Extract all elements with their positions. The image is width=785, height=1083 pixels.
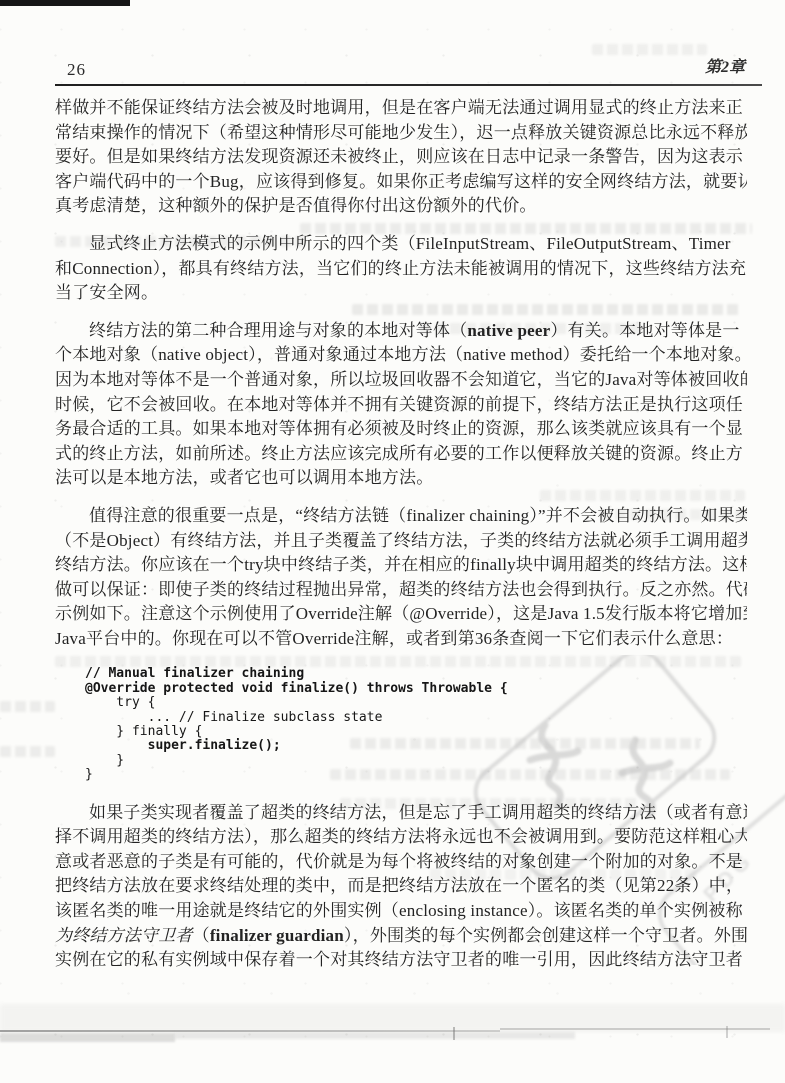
text-line: 和Connection），都具有终结方法，当它们的终止方法未能被调用的情况下，这… [55,257,747,282]
text-line: 择不调用超类的终结方法），那么超类的终结方法将永远也不会被调用到。要防范这样粗心… [55,825,747,850]
bleedthrough-artifact [0,701,55,712]
body-text: 样做并不能保证终结方法会被及时地调用，但是在客户端无法通过调用显式的终止方法来正… [55,96,747,973]
text-line: 客户端代码中的一个Bug，应该得到修复。如果你正考虑编写这样的安全网终结方法，就… [55,170,747,195]
text-line: 样做并不能保证终结方法会被及时地调用，但是在客户端无法通过调用显式的终止方法来正 [55,96,747,121]
code-line: @Override protected void finalize() thro… [85,682,747,696]
text-line: 实例在它的私有实例域中保存着一个对其终结方法守卫者的唯一引用，因此终结方法守卫者 [55,948,747,973]
scan-edge-artifact [453,1027,455,1040]
text-line: 终结方法的第二种合理用途与对象的本地对等体（native peer）有关。本地对… [55,319,747,344]
text-line: 示例如下。注意这个示例使用了Override注解（@Override），这是Ja… [55,602,747,627]
text-line: 因为本地对等体不是一个普通对象，所以垃圾回收器不会知道它，当它的Java对等体被… [55,368,747,393]
text-line: 如果子类实现者覆盖了超类的终结方法，但是忘了手工调用超类的终结方法（或者有意选 [55,801,747,826]
text-line: 务最合适的工具。如果本地对等体拥有必须被及时终止的资源，那么该类就应该具有一个显 [55,417,747,442]
text-line: 终结方法。你应该在一个try块中终结子类，并在相应的finally块中调用超类的… [55,553,747,578]
header-rule [55,84,762,86]
text-line: 做可以保证：即使子类的终结过程抛出异常，超类的终结方法也会得到执行。反之亦然。代… [55,578,747,603]
code-line: } [85,768,747,782]
page-number: 26 [67,60,86,80]
chapter-label: 第2章 [705,54,745,77]
text-line: 显式终止方法模式的示例中所示的四个类（FileInputStream、FileO… [55,232,747,257]
text-line: （不是Object）有终结方法，并且子类覆盖了终结方法，子类的终结方法就必须手工… [55,529,747,554]
code-block: // Manual finalizer chaining@Override pr… [85,667,747,782]
text-line: 法可以是本地方法，或者它也可以调用本地方法。 [55,466,747,491]
paragraph-group-top: 样做并不能保证终结方法会被及时地调用，但是在客户端无法通过调用显式的终止方法来正… [55,96,747,651]
code-line: super.finalize(); [85,739,747,753]
scan-edge-artifact [0,0,130,6]
paragraph: 终结方法的第二种合理用途与对象的本地对等体（native peer）有关。本地对… [55,319,747,491]
code-line: // Manual finalizer chaining [85,667,747,681]
text-line: 时候，它不会被回收。在本地对等体并不拥有关键资源的前提下，终结方法正是执行这项任 [55,393,747,418]
text-line: 为终结方法守卫者（finalizer guardian），外围类的每个实例都会创… [55,924,747,949]
scan-edge-artifact [175,1032,575,1039]
text-line: 值得注意的很重要一点是，“终结方法链（finalizer chaining）”并… [55,504,747,529]
text-line: 常结束操作的情况下（希望这种情形尽可能地少发生），迟一点释放关键资源总比永远不释… [55,121,747,146]
code-line: } finally { [85,725,747,739]
bleedthrough-artifact [0,746,55,757]
paragraph: 如果子类实现者覆盖了超类的终结方法，但是忘了手工调用超类的终结方法（或者有意选择… [55,801,747,973]
text-line: 式的终止方法，如前所述。终止方法应该完成所有必要的工作以便释放关键的资源。终止方 [55,442,747,467]
paragraph: 值得注意的很重要一点是，“终结方法链（finalizer chaining）”并… [55,504,747,652]
paragraph-group-bottom: 如果子类实现者覆盖了超类的终结方法，但是忘了手工调用超类的终结方法（或者有意选择… [55,801,747,973]
text-line: 真考虑清楚，这种额外的保护是否值得你付出这份额外的代价。 [55,194,747,219]
page-header: 26 第2章 [55,54,763,84]
text-line: 要好。但是如果终结方法发现资源还未被终止，则应该在日志中记录一条警告，因为这表示 [55,145,747,170]
code-line: } [85,754,747,768]
paragraph: 显式终止方法模式的示例中所示的四个类（FileInputStream、FileO… [55,232,747,306]
code-line: try { [85,696,747,710]
text-line: 个本地对象（native object），普通对象通过本地方法（native m… [55,343,747,368]
scanned-book-page: 26 第2章 PDG 样做并不能保证终结方法会被及时地调用，但是 [0,0,785,1083]
scan-edge-artifact [0,1033,175,1042]
code-line: ... // Finalize subclass state [85,711,747,725]
text-line: 当了安全网。 [55,281,747,306]
scan-edge-artifact [726,1026,728,1038]
text-line: 该匿名类的唯一用途就是终结它的外围实例（enclosing instance）。… [55,899,747,924]
text-line: 意或者恶意的子类是有可能的，代价就是为每个将被终结的对象创建一个附加的对象。不是 [55,850,747,875]
text-line: Java平台中的。你现在可以不管Override注解，或者到第36条查阅一下它们… [55,627,747,652]
scan-edge-artifact [500,1028,770,1030]
paragraph: 样做并不能保证终结方法会被及时地调用，但是在客户端无法通过调用显式的终止方法来正… [55,96,747,219]
text-line: 把终结方法放在要求终结处理的类中，而是把终结方法放在一个匿名的类（见第22条）中… [55,874,747,899]
